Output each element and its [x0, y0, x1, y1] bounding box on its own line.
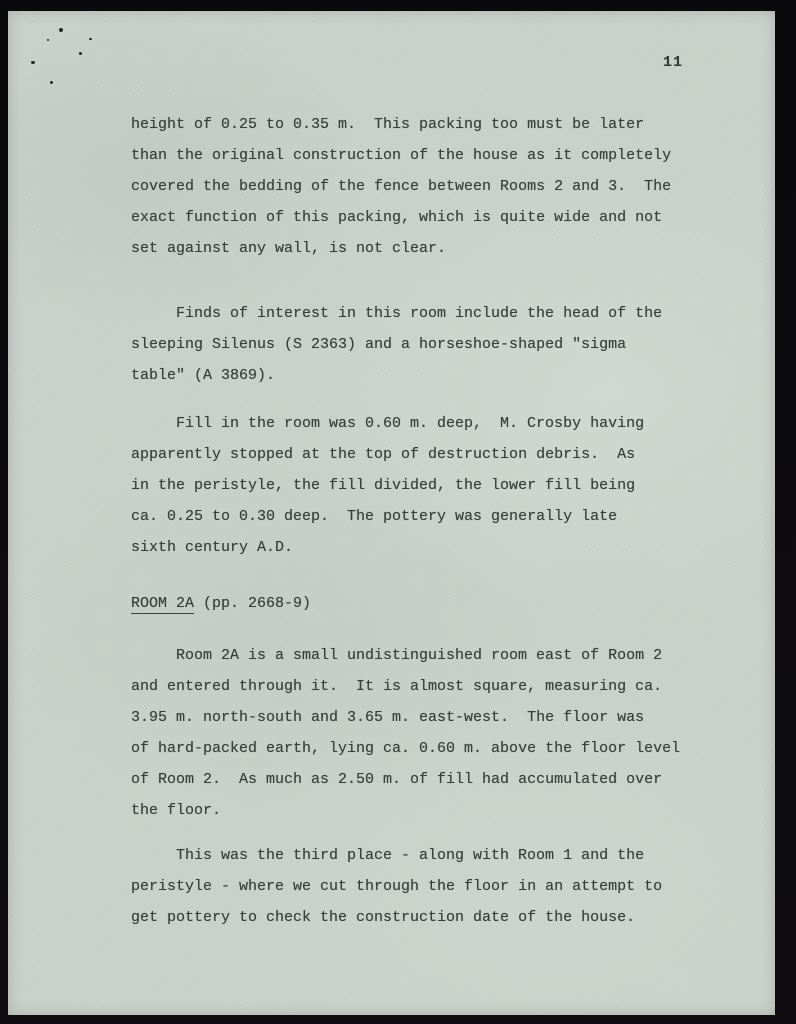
section-heading-page-ref: (pp. 2668-9)	[203, 595, 311, 612]
section-heading-title: ROOM 2A	[131, 595, 194, 614]
paragraph-room-2a-description: Room 2A is a small undistinguished room …	[131, 640, 691, 826]
paragraph-third-place-cut: This was the third place - along with Ro…	[131, 840, 691, 933]
page-number: 11	[663, 54, 683, 71]
ink-speck	[31, 61, 35, 64]
paper-sheet: 11 height of 0.25 to 0.35 m. This packin…	[8, 11, 775, 1015]
ink-speck	[50, 81, 53, 84]
scanned-page: 11 height of 0.25 to 0.35 m. This packin…	[0, 0, 796, 1024]
ink-speck	[47, 39, 49, 41]
typewritten-text: height of 0.25 to 0.35 m. This packing t…	[131, 109, 691, 933]
paragraph-finds-of-interest: Finds of interest in this room include t…	[131, 298, 691, 391]
paragraph-packing-continuation: height of 0.25 to 0.35 m. This packing t…	[131, 109, 691, 264]
paragraph-fill-in-room: Fill in the room was 0.60 m. deep, M. Cr…	[131, 408, 691, 563]
ink-speck	[89, 38, 92, 40]
section-heading-room-2a: ROOM 2A(pp. 2668-9)	[131, 588, 691, 619]
ink-speck	[59, 28, 63, 32]
ink-speck	[79, 52, 82, 55]
